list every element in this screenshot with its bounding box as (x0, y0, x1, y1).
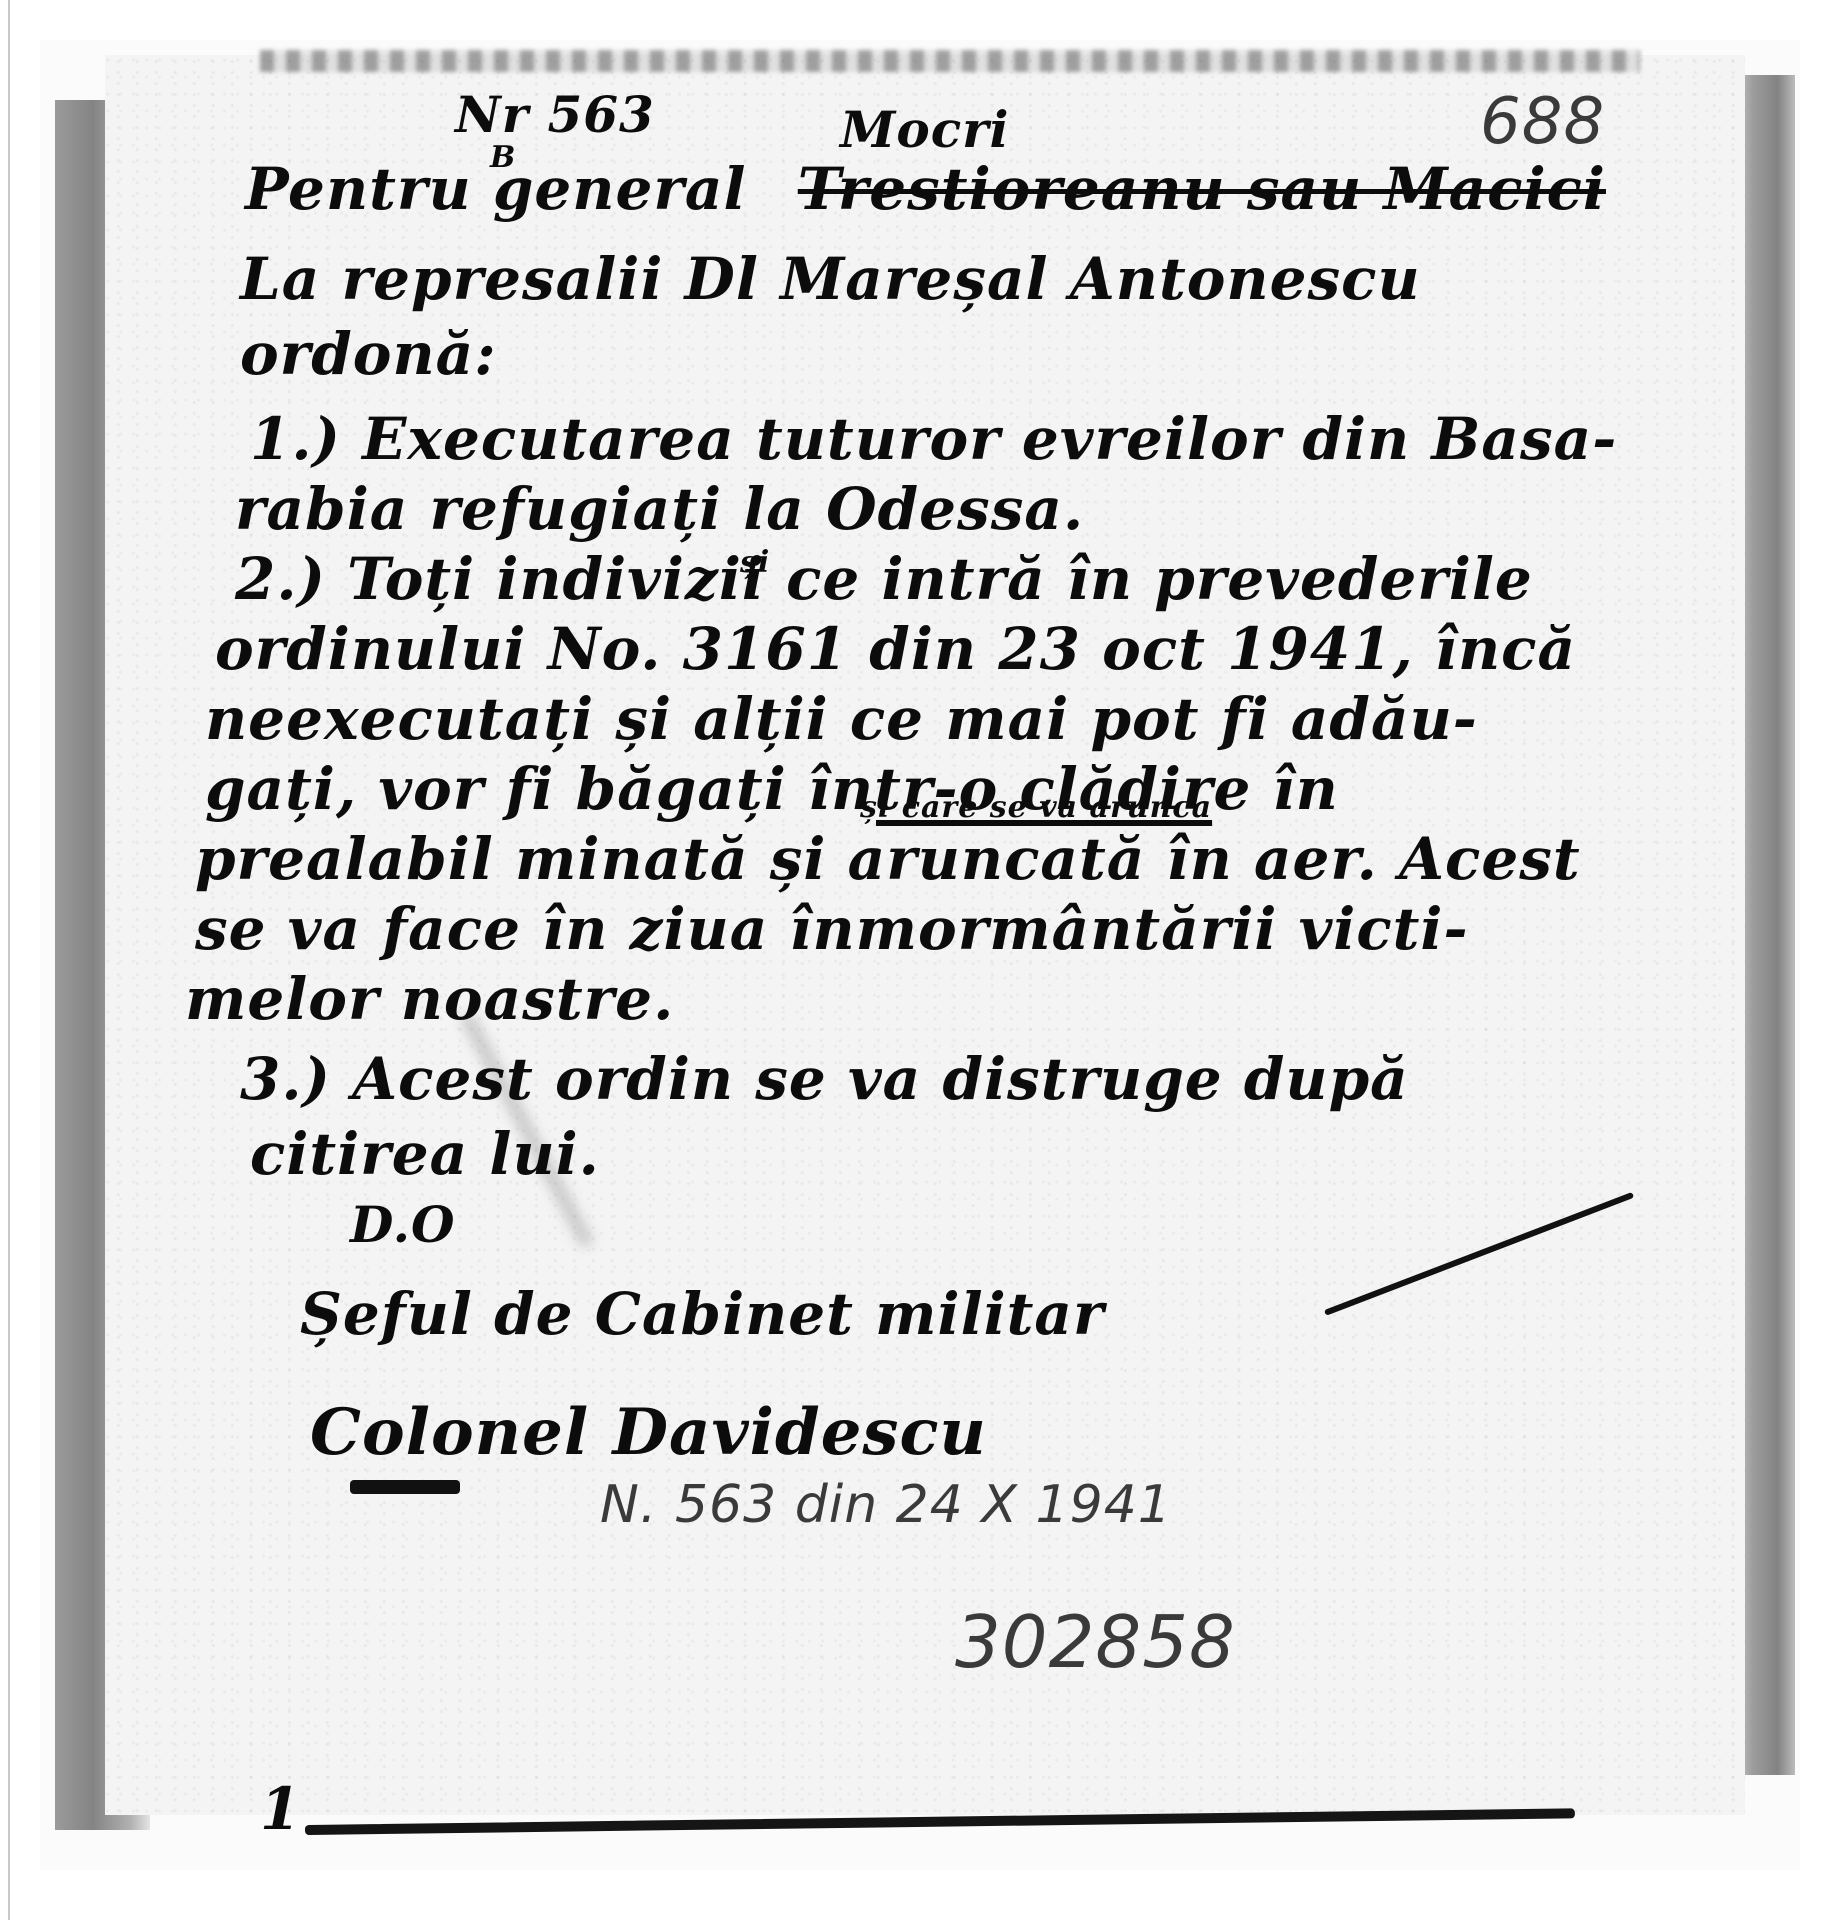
line-11: se va face în ziua înmormântării victi- (195, 895, 1469, 963)
frame-border (8, 0, 10, 1920)
archive-number: 688 (1480, 85, 1605, 159)
line-7: ordinului No. 3161 din 23 oct 1941, încă (215, 615, 1576, 683)
line-12: melor noastre. (185, 965, 674, 1033)
archive-stamp-number: 302858 (955, 1600, 1236, 1684)
page-mark: 1 (260, 1775, 301, 1843)
line-3: ordonă: (240, 320, 497, 388)
classification-note: Mocri (840, 100, 1009, 159)
document-number: Nr 563 (455, 85, 655, 144)
line-14: citirea lui. (250, 1120, 600, 1188)
initials: D.O (350, 1195, 456, 1254)
signatory-name: Colonel Davidescu (310, 1395, 987, 1470)
top-edge-smudge (260, 50, 1640, 72)
signatory-title: Șeful de Cabinet militar (300, 1280, 1105, 1348)
struck-mark (350, 1480, 460, 1494)
address-text: Pentru general (245, 155, 747, 223)
reference-number: N. 563 din 24 X 1941 (600, 1475, 1172, 1535)
line-4: 1.) Executarea tuturor evreilor din Basa… (250, 405, 1617, 473)
line-2: La represalii Dl Mareșal Antonescu (240, 245, 1421, 313)
line-address: Pentru general Trestioreanu sau Macici (245, 155, 1606, 223)
line-8: neexecutați și alții ce mai pot fi adău- (205, 685, 1478, 753)
interlinear-note: și care se va arunca (860, 790, 1212, 825)
line-6: 2.) Toți indivizii ce intră în prevederi… (235, 545, 1533, 613)
line-13: 3.) Acest ordin se va distruge după (240, 1045, 1409, 1113)
struck-names: Trestioreanu sau Macici (798, 155, 1606, 223)
line-10: prealabil minată și aruncată în aer. Ace… (195, 825, 1581, 893)
line-5: rabia refugiați la Odessa. (235, 475, 1084, 543)
